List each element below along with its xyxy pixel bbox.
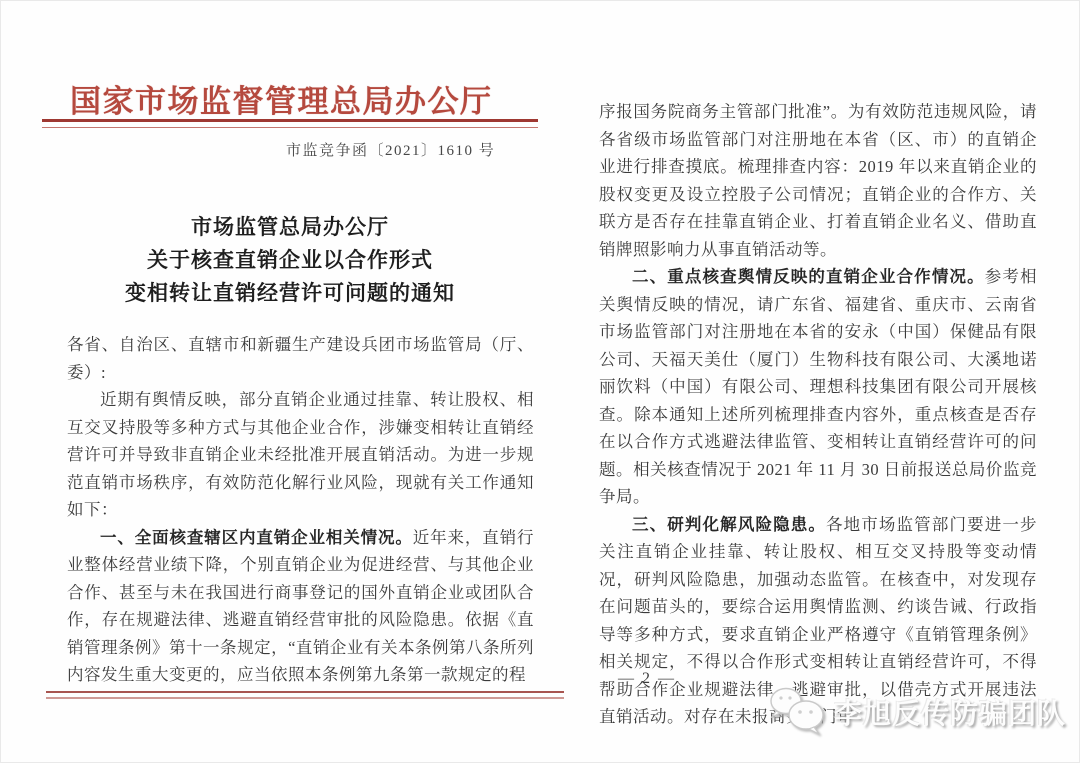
watermark-label: 李旭反传防骗团队	[834, 692, 1066, 732]
section-2-body: 参考相关舆情反映的情况，请广东省、福建省、重庆市、云南省市场监管部门对注册地在本…	[599, 267, 1037, 506]
notice-title-line2: 关于核查直销企业以合作形式	[40, 244, 540, 277]
watermark: 李旭反传防骗团队	[766, 686, 1066, 738]
page-number: — 2 —	[618, 670, 676, 688]
agency-header: 国家市场监督管理总局办公厅	[70, 76, 550, 121]
section-1-body: 近年来，直销行业整体经营业绩下降，个别直销企业为促进经营、与其他企业合作、甚至与…	[67, 528, 534, 685]
paragraph-intro: 近期有舆情反映，部分直销企业通过挂靠、转让股权、相互交叉持股等多种方式与其他企业…	[67, 386, 534, 524]
paragraph-intro-text: 近期有舆情反映，部分直销企业通过挂靠、转让股权、相互交叉持股等多种方式与其他企业…	[67, 390, 534, 519]
scanned-document: 国家市场监督管理总局办公厅 市监竞争函〔2021〕1610 号 市场监管总局办公…	[0, 0, 1080, 763]
notice-title: 市场监管总局办公厅 关于核查直销企业以合作形式 变相转让直销经营许可问题的通知	[40, 211, 540, 310]
page2-body: 序报国务院商务主管部门批准”。为有效防范违规风险，请各省级市场监管部门对注册地在…	[599, 98, 1037, 731]
page1-body: 各省、自治区、直辖市和新疆生产建设兵团市场监管局（厅、委）: 近期有舆情反映，部…	[67, 331, 534, 689]
notice-title-line3: 变相转让直销经营许可问题的通知	[40, 277, 540, 310]
section-2-heading: 二、重点核查舆情反映的直销企业合作情况。	[632, 267, 985, 286]
section-3-heading: 三、研判化解风险隐患。	[632, 515, 826, 534]
salutation-text: 各省、自治区、直辖市和新疆生产建设兵团市场监管局（厅、委）:	[67, 335, 534, 382]
header-red-rule	[42, 119, 538, 128]
paragraph-continuation: 序报国务院商务主管部门批准”。为有效防范违规风险，请各省级市场监管部门对注册地在…	[599, 98, 1037, 263]
page1-footer-rule	[46, 691, 564, 699]
section-1-heading: 一、全面核查辖区内直销企业相关情况。	[100, 528, 413, 547]
salutation: 各省、自治区、直辖市和新疆生产建设兵团市场监管局（厅、委）:	[67, 331, 534, 386]
section-2: 二、重点核查舆情反映的直销企业合作情况。参考相关舆情反映的情况，请广东省、福建省…	[599, 263, 1037, 511]
section-1: 一、全面核查辖区内直销企业相关情况。近年来，直销行业整体经营业绩下降，个别直销企…	[67, 524, 534, 689]
wechat-icon	[766, 686, 828, 738]
paragraph-continuation-text: 序报国务院商务主管部门批准”。为有效防范违规风险，请各省级市场监管部门对注册地在…	[599, 102, 1037, 259]
notice-title-line1: 市场监管总局办公厅	[40, 211, 540, 244]
document-number: 市监竞争函〔2021〕1610 号	[286, 139, 495, 160]
